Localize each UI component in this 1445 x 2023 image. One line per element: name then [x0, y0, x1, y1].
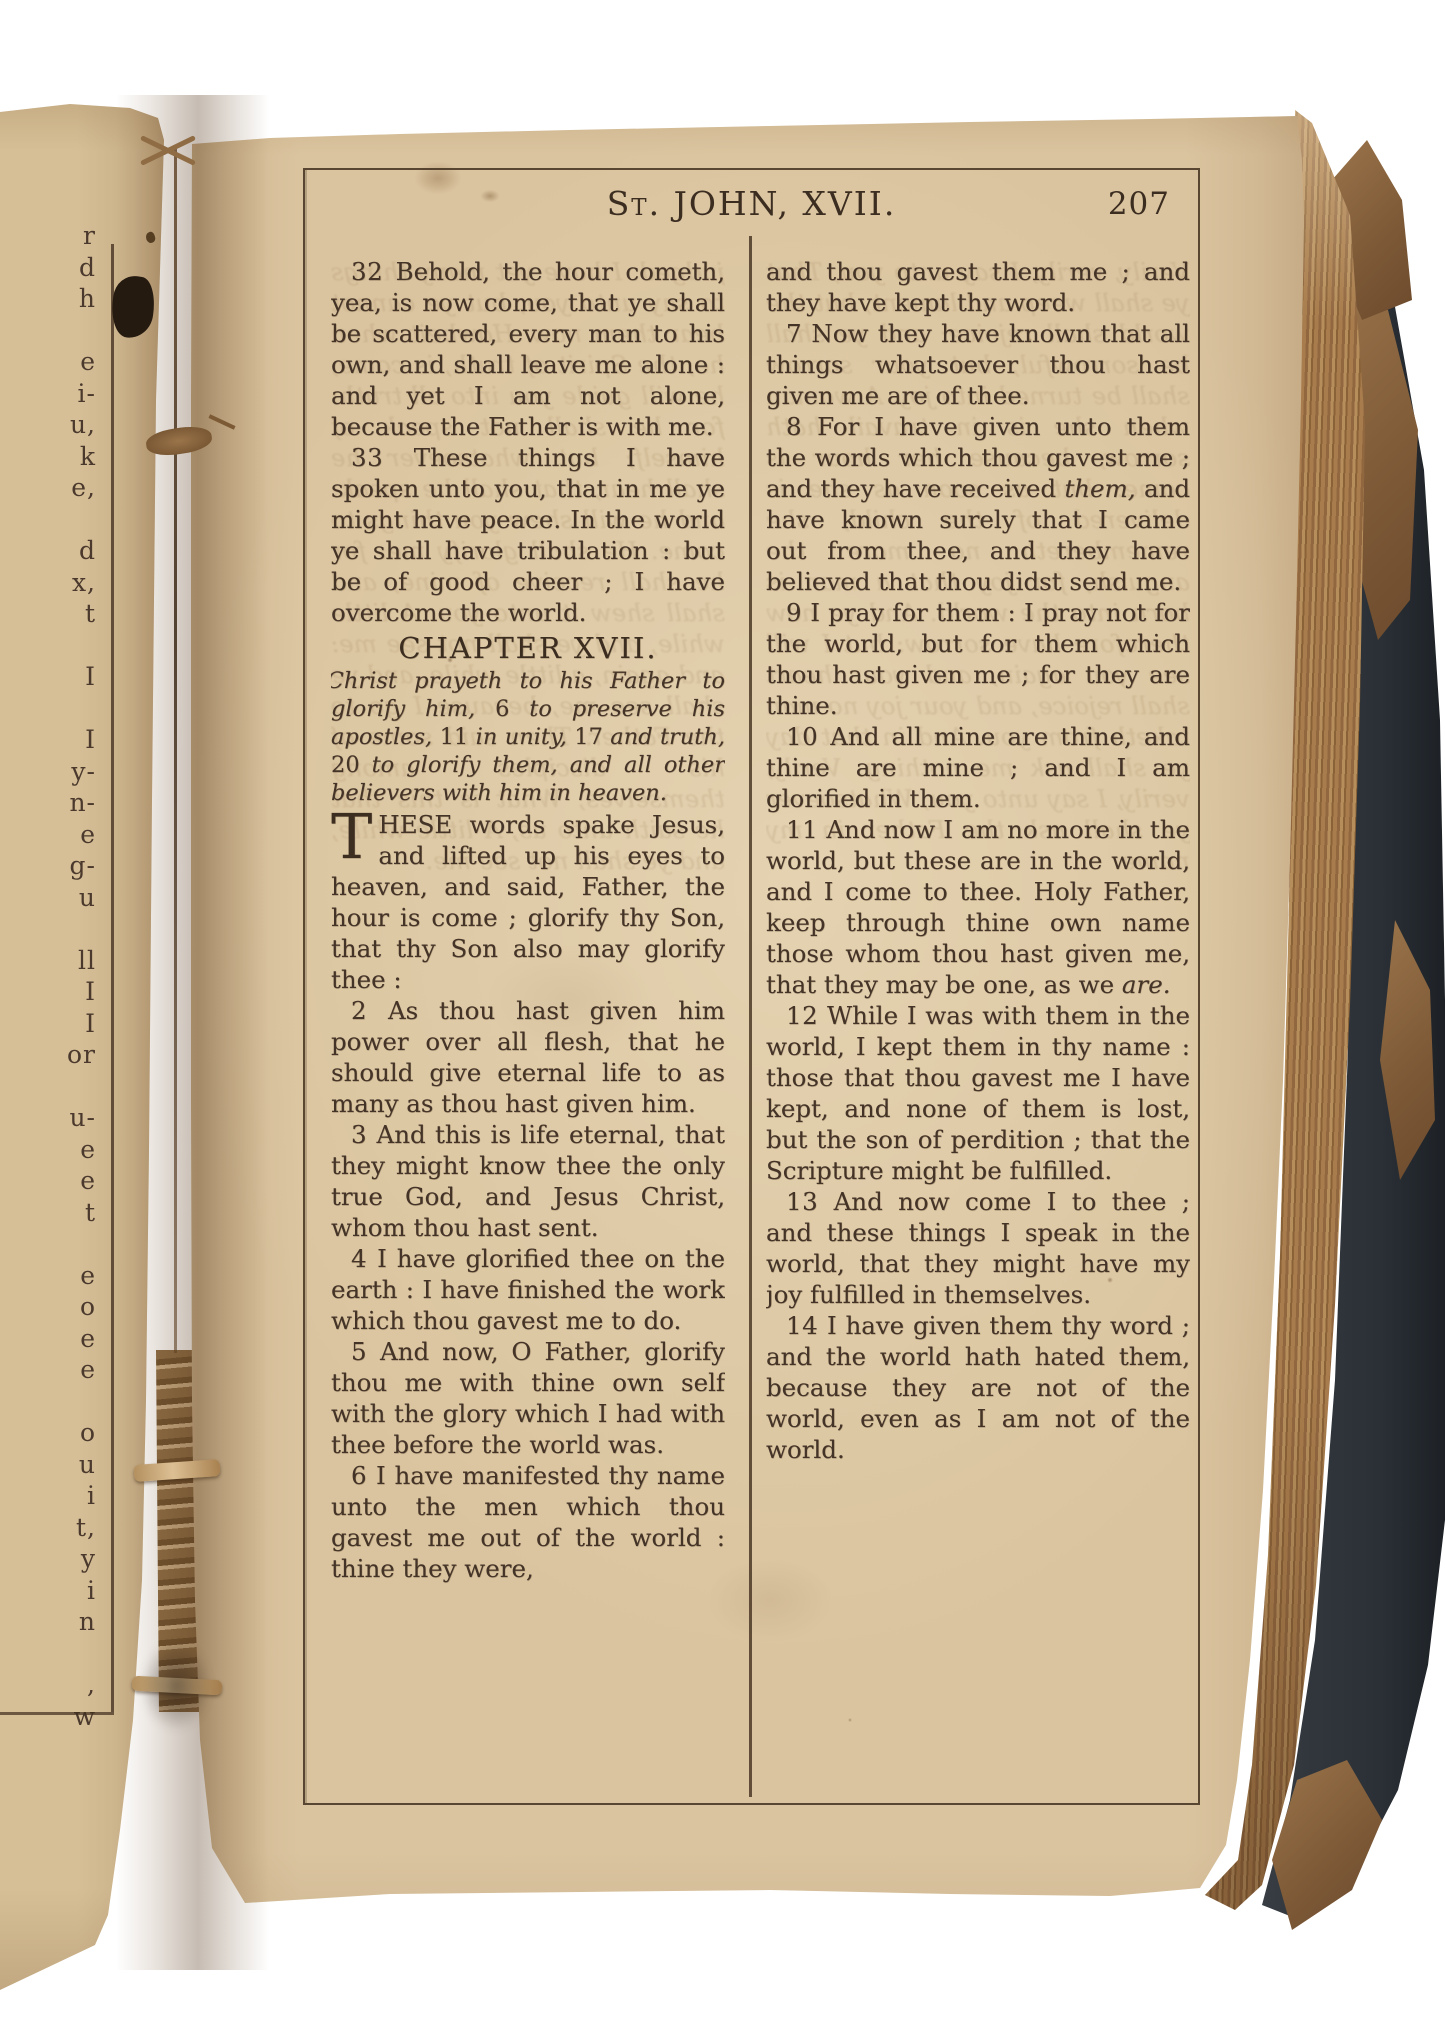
- verse-number: 12: [786, 1001, 818, 1030]
- verse: 4 I have glorified thee on the earth : I…: [331, 1243, 725, 1336]
- cut-off-letter-fragment: I: [6, 976, 96, 1008]
- cut-off-letter-fragment: w: [6, 1701, 96, 1733]
- cut-off-letter-fragment: o: [6, 1417, 96, 1449]
- cut-off-letter-fragment: d: [6, 535, 96, 567]
- drop-cap: T: [331, 809, 378, 863]
- cut-off-letter-fragment: I: [6, 1008, 96, 1040]
- right-text-column: Verily, verily, I say unto you, That ye …: [766, 256, 1190, 1796]
- cut-off-letter-fragment: t: [6, 1197, 96, 1229]
- chapter-heading: CHAPTER XVII.: [331, 633, 725, 664]
- cut-off-letter-fragment: [6, 693, 96, 725]
- verse-number: 14: [786, 1311, 818, 1340]
- verse-number: 13: [786, 1187, 818, 1216]
- cut-off-letter-fragment: [6, 630, 96, 662]
- cut-off-letter-fragment: y: [6, 1543, 96, 1575]
- cut-off-letter-fragment: r: [6, 220, 96, 252]
- left-column-verses: 32 Behold, the hour cometh, yea, is now …: [331, 256, 725, 1584]
- verse: 11 And now I am no more in the world, bu…: [766, 814, 1190, 1000]
- cut-off-letter-fragment: t: [6, 598, 96, 630]
- cut-off-letter-fragment: [6, 913, 96, 945]
- verse-number: 5: [351, 1337, 367, 1366]
- verse: 8 For I have given unto them the words w…: [766, 411, 1190, 597]
- left-page-frame-rule: [111, 244, 114, 1712]
- verse-number: 2: [351, 996, 367, 1025]
- cut-off-letter-fragment: I: [6, 724, 96, 756]
- chapter-argument: 1 Christ prayeth to his Father to glorif…: [331, 667, 725, 807]
- verse: 3 And this is life eternal, that they mi…: [331, 1119, 725, 1243]
- verse: 6 I have manifested thy name unto the me…: [331, 1460, 725, 1584]
- cut-off-letter-fragment: or: [6, 1039, 96, 1071]
- cut-off-letter-fragment: e: [6, 1354, 96, 1386]
- cut-off-letter-fragment: e: [6, 1323, 96, 1355]
- left-page-frame-rule-bottom: [0, 1712, 114, 1715]
- cut-off-letter-fragment: e: [6, 1165, 96, 1197]
- cut-off-letter-fragment: h: [6, 283, 96, 315]
- verse-number: 8: [786, 412, 802, 441]
- verse: 2 As thou hast given him power over all …: [331, 995, 725, 1119]
- cut-off-letter-fragment: e,: [6, 472, 96, 504]
- binding-crease-line: [174, 148, 177, 1353]
- right-column-verses: and thou gavest them me ; and they have …: [766, 256, 1190, 1465]
- antique-bible-photo: rdhei-u,ke,dx,tIIy-n-eg-ullIIoru-eeteoee…: [0, 0, 1445, 2023]
- running-head: St. JOHN, XVII.: [305, 184, 1198, 223]
- cut-off-letter-fragment: ll: [6, 945, 96, 977]
- cut-off-letter-fragment: g-: [6, 850, 96, 882]
- cut-off-letter-fragment: n: [6, 1606, 96, 1638]
- cut-off-letter-fragment: e: [6, 346, 96, 378]
- verse-number: 9: [786, 598, 802, 627]
- verse-number: 6: [351, 1461, 367, 1490]
- verse-number: 11: [786, 815, 818, 844]
- verse: 14 I have given them thy word ; and the …: [766, 1310, 1190, 1465]
- cut-off-letter-fragment: n-: [6, 787, 96, 819]
- cut-off-letter-fragment: k: [6, 441, 96, 473]
- verse-number: 7: [786, 319, 802, 348]
- verse-number: 10: [786, 722, 818, 751]
- verse: THESE words spake Jesus, and lifted up h…: [331, 809, 725, 995]
- cut-off-letter-fragment: [6, 315, 96, 347]
- verse: 33 These things I have spoken unto you, …: [331, 442, 725, 628]
- cut-off-letter-fragment: u: [6, 882, 96, 914]
- verse-number: 33: [351, 443, 383, 472]
- cut-off-letter-fragment: i: [6, 1480, 96, 1512]
- cut-off-letter-fragment: ,: [6, 1669, 96, 1701]
- verse-number: 32: [351, 257, 383, 286]
- cut-off-letter-fragment: u,: [6, 409, 96, 441]
- cut-off-letter-fragment: [6, 1638, 96, 1670]
- verse: 12 While I was with them in the world, I…: [766, 1000, 1190, 1186]
- cut-off-letter-fragment: i-: [6, 378, 96, 410]
- cut-off-letter-fragment: e: [6, 1134, 96, 1166]
- gutter-gap-shadow: [140, 1640, 212, 1732]
- cut-off-letter-fragment: o: [6, 1291, 96, 1323]
- cut-off-letter-fragment: t,: [6, 1512, 96, 1544]
- verse: 10 And all mine are thine, and thine are…: [766, 721, 1190, 814]
- cut-off-letter-fragment: [6, 1386, 96, 1418]
- cut-off-letter-fragment: e: [6, 1260, 96, 1292]
- left-page-text-fragments: rdhei-u,ke,dx,tIIy-n-eg-ullIIoru-eeteoee…: [6, 220, 102, 1732]
- text-frame: St. JOHN, XVII. 207 judged. I have yet m…: [303, 168, 1200, 1805]
- verse: 13 And now come I to thee ; and these th…: [766, 1186, 1190, 1310]
- cut-off-letter-fragment: x,: [6, 567, 96, 599]
- left-text-column: judged. I have yet many things to say un…: [331, 256, 725, 1796]
- page-number: 207: [1108, 186, 1170, 222]
- verse: 7 Now they have known that all things wh…: [766, 318, 1190, 411]
- cut-off-letter-fragment: u-: [6, 1102, 96, 1134]
- cut-off-letter-fragment: y-: [6, 756, 96, 788]
- cut-off-letter-fragment: [6, 504, 96, 536]
- verse-number: 3: [351, 1120, 367, 1149]
- cut-off-letter-fragment: e: [6, 819, 96, 851]
- verse: 5 And now, O Father, glorify thou me wit…: [331, 1336, 725, 1460]
- cut-off-letter-fragment: d: [6, 252, 96, 284]
- cut-off-letter-fragment: i: [6, 1575, 96, 1607]
- verse: and thou gavest them me ; and they have …: [766, 256, 1190, 318]
- verse-number: 4: [351, 1244, 367, 1273]
- cut-off-letter-fragment: u: [6, 1449, 96, 1481]
- verse: 9 I pray for them : I pray not for the w…: [766, 597, 1190, 721]
- cut-off-letter-fragment: [6, 1071, 96, 1103]
- column-divider-rule: [749, 236, 752, 1797]
- cut-off-letter-fragment: I: [6, 661, 96, 693]
- cut-off-letter-fragment: [6, 1228, 96, 1260]
- verse: 32 Behold, the hour cometh, yea, is now …: [331, 256, 725, 442]
